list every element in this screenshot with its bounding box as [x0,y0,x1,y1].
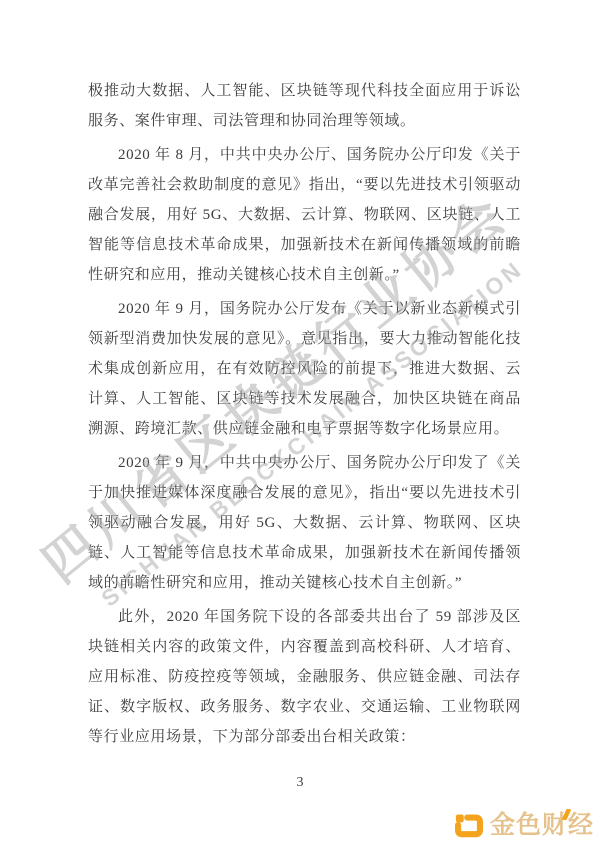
paragraph: 极推动大数据、人工智能、区块链等现代科技全面应用于诉讼服务、案件审理、司法管理和… [88,76,521,136]
document-page: 四川省区块链行业协会 SICHUAN BLOCKCHAIN ASSOCIATIO… [0,0,600,849]
paragraph: 此外，2020 年国务院下设的各部委共出台了 59 部涉及区块链相关内容的政策文… [88,602,521,752]
paragraph: 2020 年 8 月，中共中央办公厅、国务院办公厅印发《关于改革完善社会救助制度… [88,140,521,290]
paragraph: 2020 年 9 月，中共中央办公厅、国务院办公厅印发了《关于加快推进媒体深度融… [88,448,521,598]
paragraph: 2020 年 9 月，国务院办公厅发布《关于以新业态新模式引领新型消费加快发展的… [88,294,521,444]
document-body: 极推动大数据、人工智能、区块链等现代科技全面应用于诉讼服务、案件审理、司法管理和… [88,76,521,756]
jinse-finance-logo: 金色财经 [454,811,594,839]
logo-wordmark: 金色财经 [490,811,594,839]
page-number: 3 [0,775,600,791]
logo-text: 金色财经 [490,811,594,839]
jinse-logo-icon [454,811,484,839]
